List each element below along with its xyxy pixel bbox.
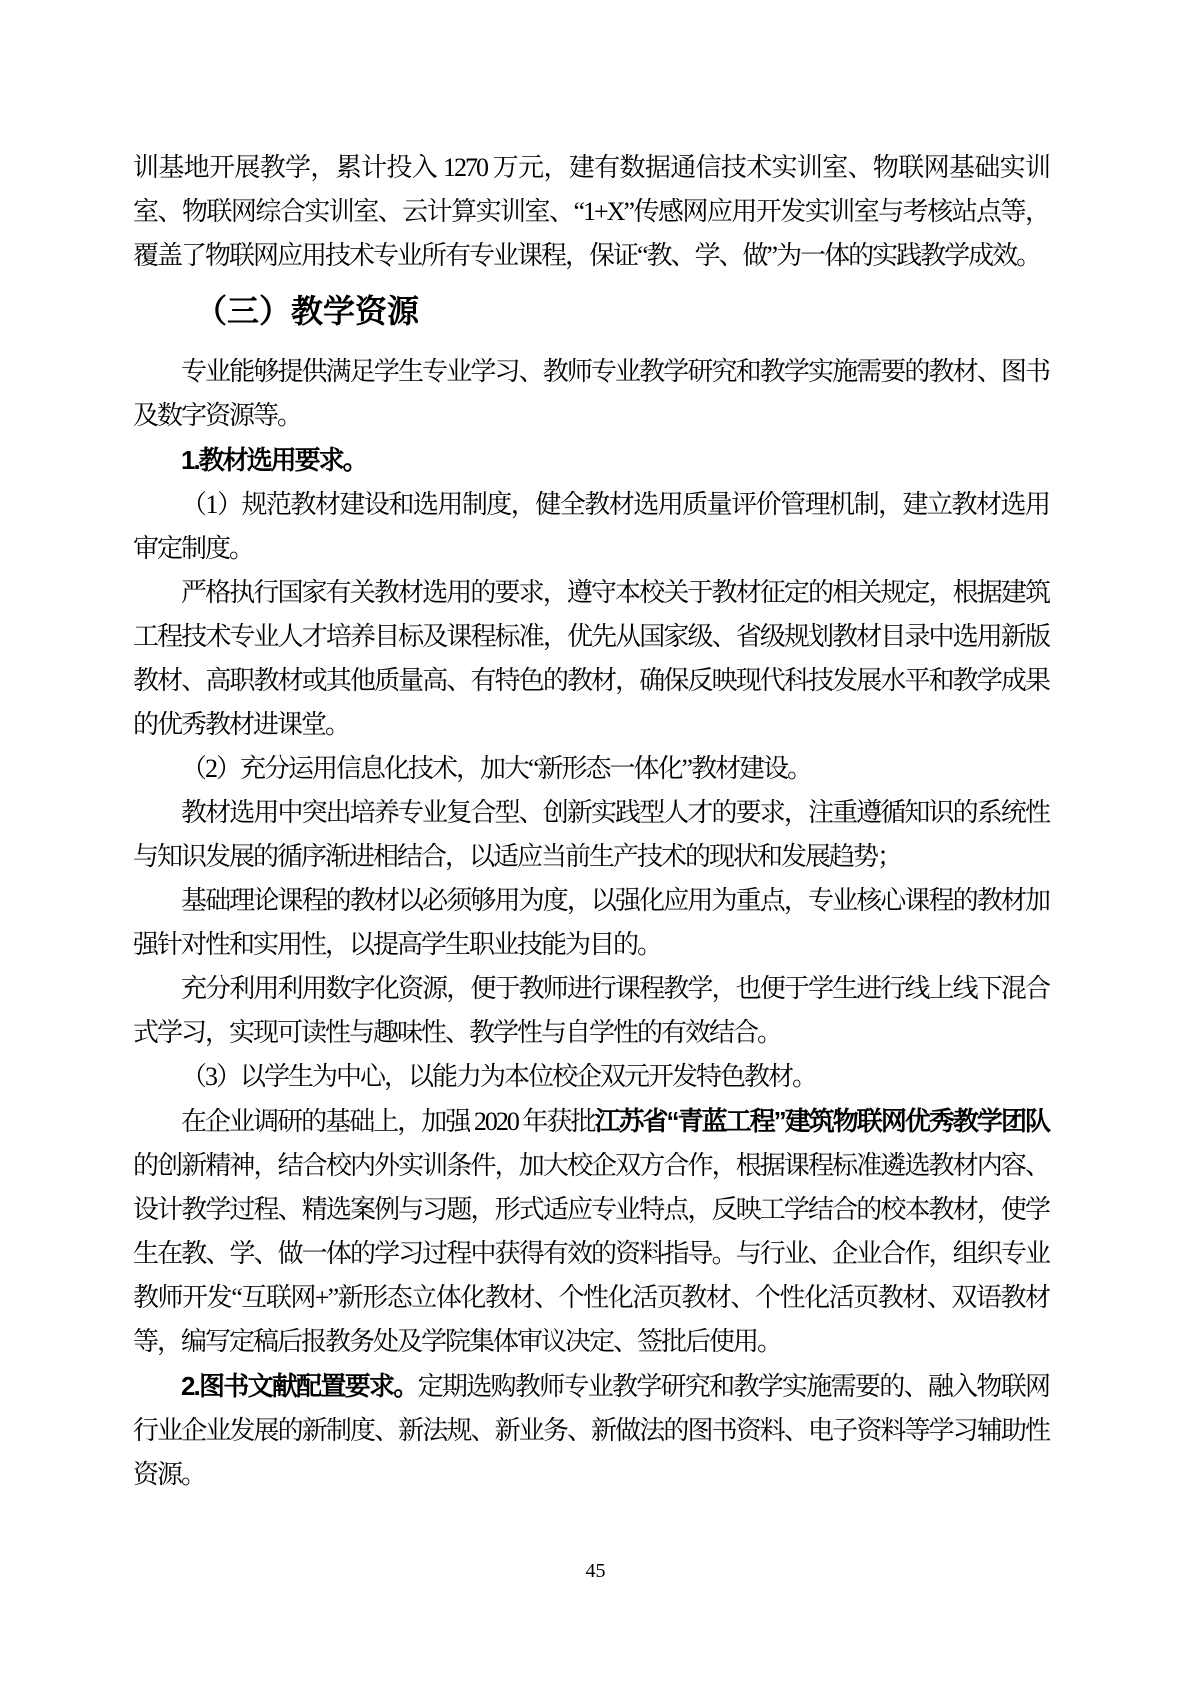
text-run: 的创新精神，结合校内外实训条件，加大校企双方合作，根据课程标准遴选教材内容、设计…	[133, 1151, 1049, 1356]
text-run: 严格执行国家有关教材选用的要求，遵守本校关于教材征定的相关规定，根据建筑工程技术…	[133, 578, 1049, 739]
document-body: 训基地开展教学，累计投入 1270 万元，建有数据通信技术实训室、物联网基础实训…	[133, 146, 1049, 1497]
paragraph: 1.教材选用要求。	[133, 438, 1049, 483]
bold-text-run: 江苏省“青蓝工程”建筑物联网优秀教学团队	[594, 1106, 1049, 1136]
paragraph: 训基地开展教学，累计投入 1270 万元，建有数据通信技术实训室、物联网基础实训…	[133, 146, 1049, 278]
section-heading: （三）教学资源	[133, 288, 1049, 334]
paragraph: 2.图书文献配置要求。定期选购教师专业教学研究和教学实施需要的、融入物联网行业企…	[133, 1364, 1049, 1497]
paragraph: 专业能够提供满足学生专业学习、教师专业教学研究和教学实施需要的教材、图书及数字资…	[133, 350, 1049, 438]
bold-text-run: （三）教学资源	[195, 293, 419, 329]
document-page: 训基地开展教学，累计投入 1270 万元，建有数据通信技术实训室、物联网基础实训…	[0, 0, 1191, 1684]
bold-text-run: 1.教材选用要求。	[181, 445, 367, 475]
paragraph: 充分利用利用数字化资源，便于教师进行课程教学，也便于学生进行线上线下混合式学习，…	[133, 967, 1049, 1055]
paragraph: （2）充分运用信息化技术，加大“新形态一体化”教材建设。	[133, 747, 1049, 791]
bold-text-run: 2.图书文献配置要求。	[181, 1371, 418, 1401]
paragraph: 严格执行国家有关教材选用的要求，遵守本校关于教材征定的相关规定，根据建筑工程技术…	[133, 571, 1049, 747]
text-run: 专业能够提供满足学生专业学习、教师专业教学研究和教学实施需要的教材、图书及数字资…	[133, 357, 1049, 430]
paragraph: （1）规范教材建设和选用制度，健全教材选用质量评价管理机制，建立教材选用审定制度…	[133, 483, 1049, 571]
text-run: （3）以学生为中心，以能力为本位校企双元开发特色教材。	[181, 1062, 816, 1091]
text-run: 教材选用中突出培养专业复合型、创新实践型人才的要求，注重遵循知识的系统性与知识发…	[133, 798, 1049, 871]
page-number: 45	[0, 1560, 1191, 1582]
text-run: 基础理论课程的教材以必须够用为度，以强化应用为重点，专业核心课程的教材加强针对性…	[133, 886, 1049, 959]
text-run: 训基地开展教学，累计投入 1270 万元，建有数据通信技术实训室、物联网基础实训…	[133, 153, 1049, 270]
paragraph: （3）以学生为中心，以能力为本位校企双元开发特色教材。	[133, 1055, 1049, 1099]
paragraph: 基础理论课程的教材以必须够用为度，以强化应用为重点，专业核心课程的教材加强针对性…	[133, 879, 1049, 967]
text-run: （2）充分运用信息化技术，加大“新形态一体化”教材建设。	[181, 754, 811, 783]
paragraph: 教材选用中突出培养专业复合型、创新实践型人才的要求，注重遵循知识的系统性与知识发…	[133, 791, 1049, 879]
text-run: 充分利用利用数字化资源，便于教师进行课程教学，也便于学生进行线上线下混合式学习，…	[133, 974, 1049, 1047]
text-run: （1）规范教材建设和选用制度，健全教材选用质量评价管理机制，建立教材选用审定制度…	[133, 490, 1049, 563]
text-run: 在企业调研的基础上，加强 2020 年获批	[181, 1107, 594, 1136]
paragraph: 在企业调研的基础上，加强 2020 年获批江苏省“青蓝工程”建筑物联网优秀教学团…	[133, 1099, 1049, 1364]
